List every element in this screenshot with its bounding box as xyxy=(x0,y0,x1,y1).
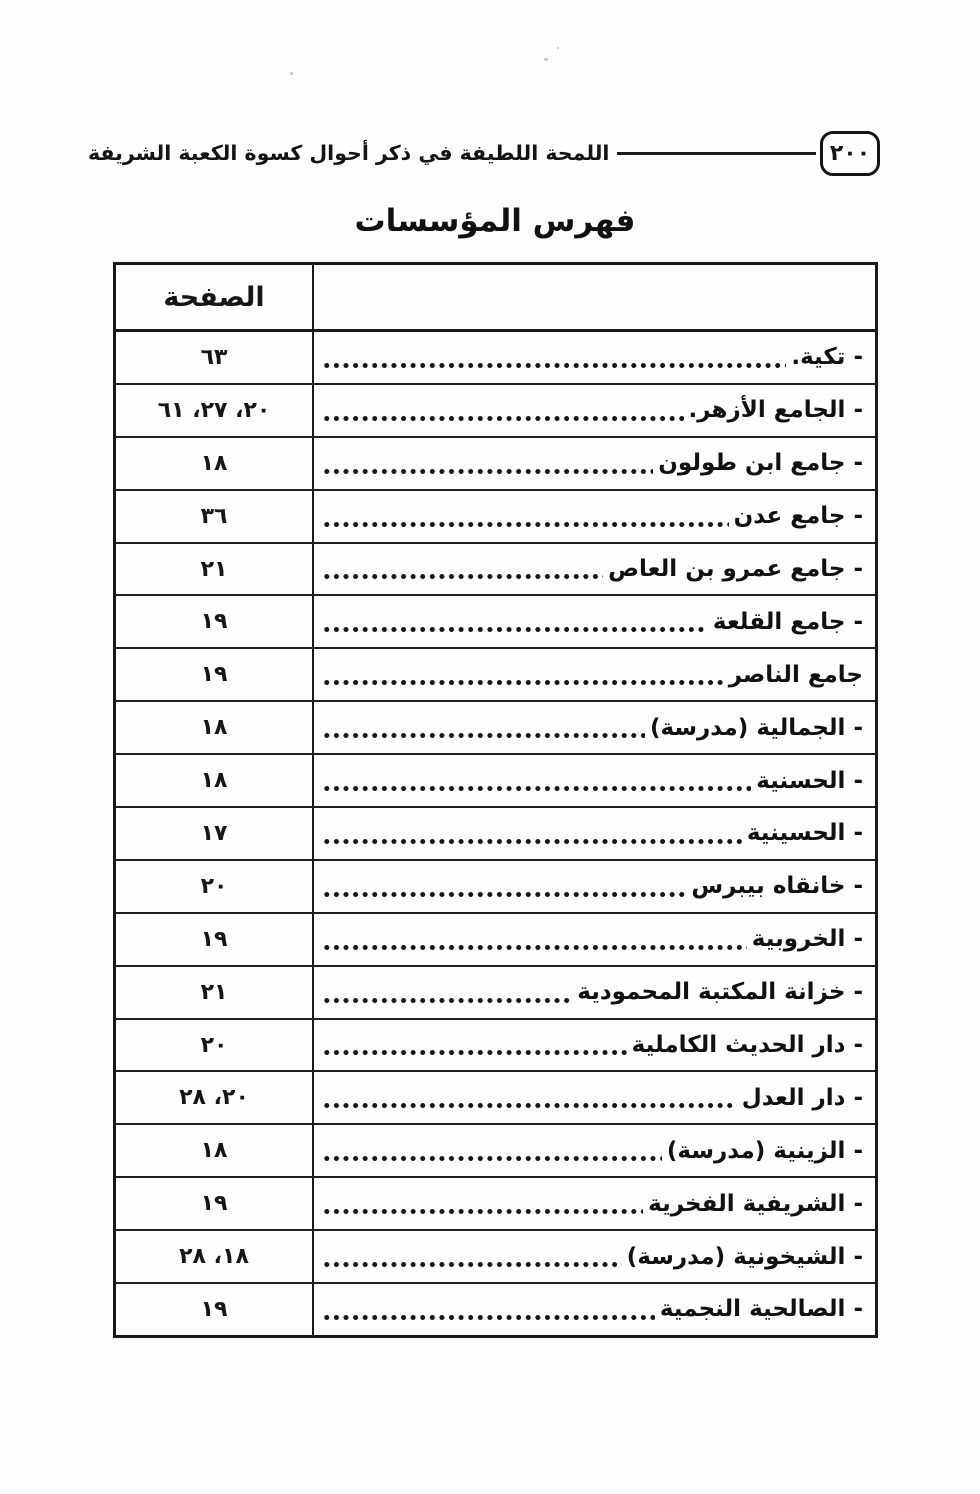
page-cell: ١٧ xyxy=(116,808,314,859)
page-value: ١٨ xyxy=(201,768,228,793)
entry-label: - الصالحية النجمية xyxy=(660,1296,863,1322)
entry-cell: - الشيخونية (مدرسة) xyxy=(314,1231,875,1282)
page-cell: ١٨ xyxy=(116,702,314,753)
entry-label: - جامع ابن طولون xyxy=(658,450,863,476)
table-row: ٢٠، ٢٧، ٦١ - الجامع الأزهر. xyxy=(116,383,875,436)
entry-label: - دار الحديث الكاملية xyxy=(632,1032,863,1058)
page-column-header-cell: الصفحة xyxy=(116,265,314,329)
page-value: ٢١ xyxy=(201,980,228,1005)
page-cell: ٢٠، ٢٧، ٦١ xyxy=(116,385,314,436)
table-row: ٣٦ - جامع عدن xyxy=(116,489,875,542)
entry-cell: - الحسنية xyxy=(314,755,875,806)
entry-label: - خزانة المكتبة المحمودية xyxy=(577,979,863,1005)
entry-cell: - جامع القلعة xyxy=(314,596,875,647)
entry-cell: - الصالحية النجمية xyxy=(314,1284,875,1335)
scan-speck xyxy=(290,72,293,75)
page-cell: ٢٠ xyxy=(116,861,314,912)
page-cell: ١٩ xyxy=(116,1178,314,1229)
entry-cell: - جامع عمرو بن العاص xyxy=(314,544,875,595)
table-row: ١٨ - الحسنية xyxy=(116,753,875,806)
page-value: ١٨ xyxy=(201,451,228,476)
page-cell: ٢٠ xyxy=(116,1020,314,1071)
dotted-leader xyxy=(322,1314,655,1321)
page-number-badge: ٢٠٠ xyxy=(820,131,880,176)
dotted-leader xyxy=(322,1155,662,1162)
running-head: اللمحة اللطيفة في ذكر أحوال كسوة الكعبة … xyxy=(88,126,880,180)
table-row: ١٩ - الصالحية النجمية xyxy=(116,1282,875,1335)
table-row: ٢١ - خزانة المكتبة المحمودية xyxy=(116,965,875,1018)
entry-cell: - دار الحديث الكاملية xyxy=(314,1020,875,1071)
table-row: ١٨ - الجمالية (مدرسة) xyxy=(116,700,875,753)
table-row: ١٩ - جامع القلعة xyxy=(116,594,875,647)
index-table-body: ٦٣ - تكية. ٢٠، ٢٧، ٦١ - الجامع الأزهر. ١… xyxy=(116,332,875,1335)
page-value: ٢١ xyxy=(201,557,228,582)
table-row: ١٧ - الحسينية xyxy=(116,806,875,859)
dotted-leader xyxy=(322,1208,643,1215)
table-row: ٢٠ - دار الحديث الكاملية xyxy=(116,1018,875,1071)
dotted-leader xyxy=(322,891,686,898)
header-rule xyxy=(617,152,816,155)
entry-label: - خانقاه بيبرس xyxy=(691,873,863,899)
dotted-leader xyxy=(322,732,645,739)
table-row: ١٩ - الشريفية الفخرية xyxy=(116,1176,875,1229)
dotted-leader xyxy=(322,679,724,686)
page-value: ١٩ xyxy=(201,1297,228,1322)
page-value: ٣٦ xyxy=(201,504,228,529)
page-value: ٦٣ xyxy=(201,345,228,370)
dotted-leader xyxy=(322,838,742,845)
page-value: ٢٠، ٢٧، ٦١ xyxy=(158,398,271,423)
page-value: ١٩ xyxy=(201,609,228,634)
entry-label: - الخروبية xyxy=(752,926,863,952)
page-cell: ٢١ xyxy=(116,544,314,595)
page-cell: ٢١ xyxy=(116,967,314,1018)
page-cell: ١٩ xyxy=(116,649,314,700)
entry-label: - جامع عمرو بن العاص xyxy=(608,556,863,582)
entry-label: - الزينية (مدرسة) xyxy=(667,1138,863,1164)
page-cell: ١٩ xyxy=(116,596,314,647)
table-header-row: الصفحة xyxy=(116,265,875,332)
page-cell: ١٩ xyxy=(116,1284,314,1335)
page-value: ٢٠ xyxy=(201,874,228,899)
dotted-leader xyxy=(322,785,751,792)
entry-cell: جامع الناصر xyxy=(314,649,875,700)
entry-cell: - خانقاه بيبرس xyxy=(314,861,875,912)
page-cell: ٦٣ xyxy=(116,332,314,383)
entry-cell: - الزينية (مدرسة) xyxy=(314,1125,875,1176)
entry-cell: - الخروبية xyxy=(314,914,875,965)
dotted-leader xyxy=(322,362,786,369)
page-cell: ٢٠، ٢٨ xyxy=(116,1072,314,1123)
entry-label: - تكية. xyxy=(791,344,863,370)
entry-label: - الحسنية xyxy=(756,768,863,794)
dotted-leader xyxy=(322,1049,627,1056)
scan-speck xyxy=(544,58,548,61)
page-cell: ٣٦ xyxy=(116,491,314,542)
scan-speck xyxy=(557,47,559,49)
table-row: ٢٠ - خانقاه بيبرس xyxy=(116,859,875,912)
entry-column-header-cell xyxy=(314,265,875,329)
page-cell: ١٨ xyxy=(116,438,314,489)
table-row: ١٨ - الزينية (مدرسة) xyxy=(116,1123,875,1176)
entry-cell: - خزانة المكتبة المحمودية xyxy=(314,967,875,1018)
table-row: ١٩ جامع الناصر xyxy=(116,647,875,700)
dotted-leader xyxy=(322,1102,737,1109)
entry-label: - دار العدل xyxy=(742,1085,863,1111)
dotted-leader xyxy=(322,997,572,1004)
entry-label: - الشريفية الفخرية xyxy=(648,1191,863,1217)
entry-label: - جامع القلعة xyxy=(713,609,863,635)
entry-label: - الجامع الأزهر. xyxy=(689,397,864,423)
page-value: ١٨ xyxy=(201,715,228,740)
book-title: اللمحة اللطيفة في ذكر أحوال كسوة الكعبة … xyxy=(88,141,609,165)
entry-label: - الحسينية xyxy=(747,820,863,846)
entry-cell: - الشريفية الفخرية xyxy=(314,1178,875,1229)
page-value: ٢٠، ٢٨ xyxy=(179,1085,249,1110)
page-value: ١٨ xyxy=(201,1138,228,1163)
entry-cell: - دار العدل xyxy=(314,1072,875,1123)
entry-label: - الشيخونية (مدرسة) xyxy=(627,1244,863,1270)
entry-cell: - جامع عدن xyxy=(314,491,875,542)
page-value: ١٧ xyxy=(201,821,228,846)
entry-cell: - الحسينية xyxy=(314,808,875,859)
table-row: ٢٠، ٢٨ - دار العدل xyxy=(116,1070,875,1123)
page-value: ٢٠ xyxy=(201,1033,228,1058)
page-title: فهرس المؤسسات xyxy=(113,203,877,239)
table-row: ٢١ - جامع عمرو بن العاص xyxy=(116,542,875,595)
dotted-leader xyxy=(322,521,729,528)
page-value: ١٩ xyxy=(201,927,228,952)
page-value: ١٩ xyxy=(201,1191,228,1216)
page-cell: ١٩ xyxy=(116,914,314,965)
page-cell: ١٨، ٢٨ xyxy=(116,1231,314,1282)
page-cell: ١٨ xyxy=(116,755,314,806)
dotted-leader xyxy=(322,573,603,580)
entry-label: جامع الناصر xyxy=(729,662,863,688)
entry-label: - الجمالية (مدرسة) xyxy=(650,715,863,741)
entry-label: - جامع عدن xyxy=(734,503,863,529)
table-row: ١٩ - الخروبية xyxy=(116,912,875,965)
page-value: ١٩ xyxy=(201,662,228,687)
dotted-leader xyxy=(322,944,747,951)
dotted-leader xyxy=(322,1261,622,1268)
dotted-leader xyxy=(322,626,708,633)
table-row: ١٨، ٢٨ - الشيخونية (مدرسة) xyxy=(116,1229,875,1282)
entry-cell: - الجامع الأزهر. xyxy=(314,385,875,436)
institutions-index-table: الصفحة ٦٣ - تكية. ٢٠، ٢٧، ٦١ - الجامع ال… xyxy=(113,262,878,1338)
entry-cell: - تكية. xyxy=(314,332,875,383)
dotted-leader xyxy=(322,415,684,422)
entry-cell: - جامع ابن طولون xyxy=(314,438,875,489)
entry-cell: - الجمالية (مدرسة) xyxy=(314,702,875,753)
table-row: ٦٣ - تكية. xyxy=(116,332,875,383)
table-row: ١٨ - جامع ابن طولون xyxy=(116,436,875,489)
page-value: ١٨، ٢٨ xyxy=(179,1244,249,1269)
dotted-leader xyxy=(322,468,653,475)
page-cell: ١٨ xyxy=(116,1125,314,1176)
